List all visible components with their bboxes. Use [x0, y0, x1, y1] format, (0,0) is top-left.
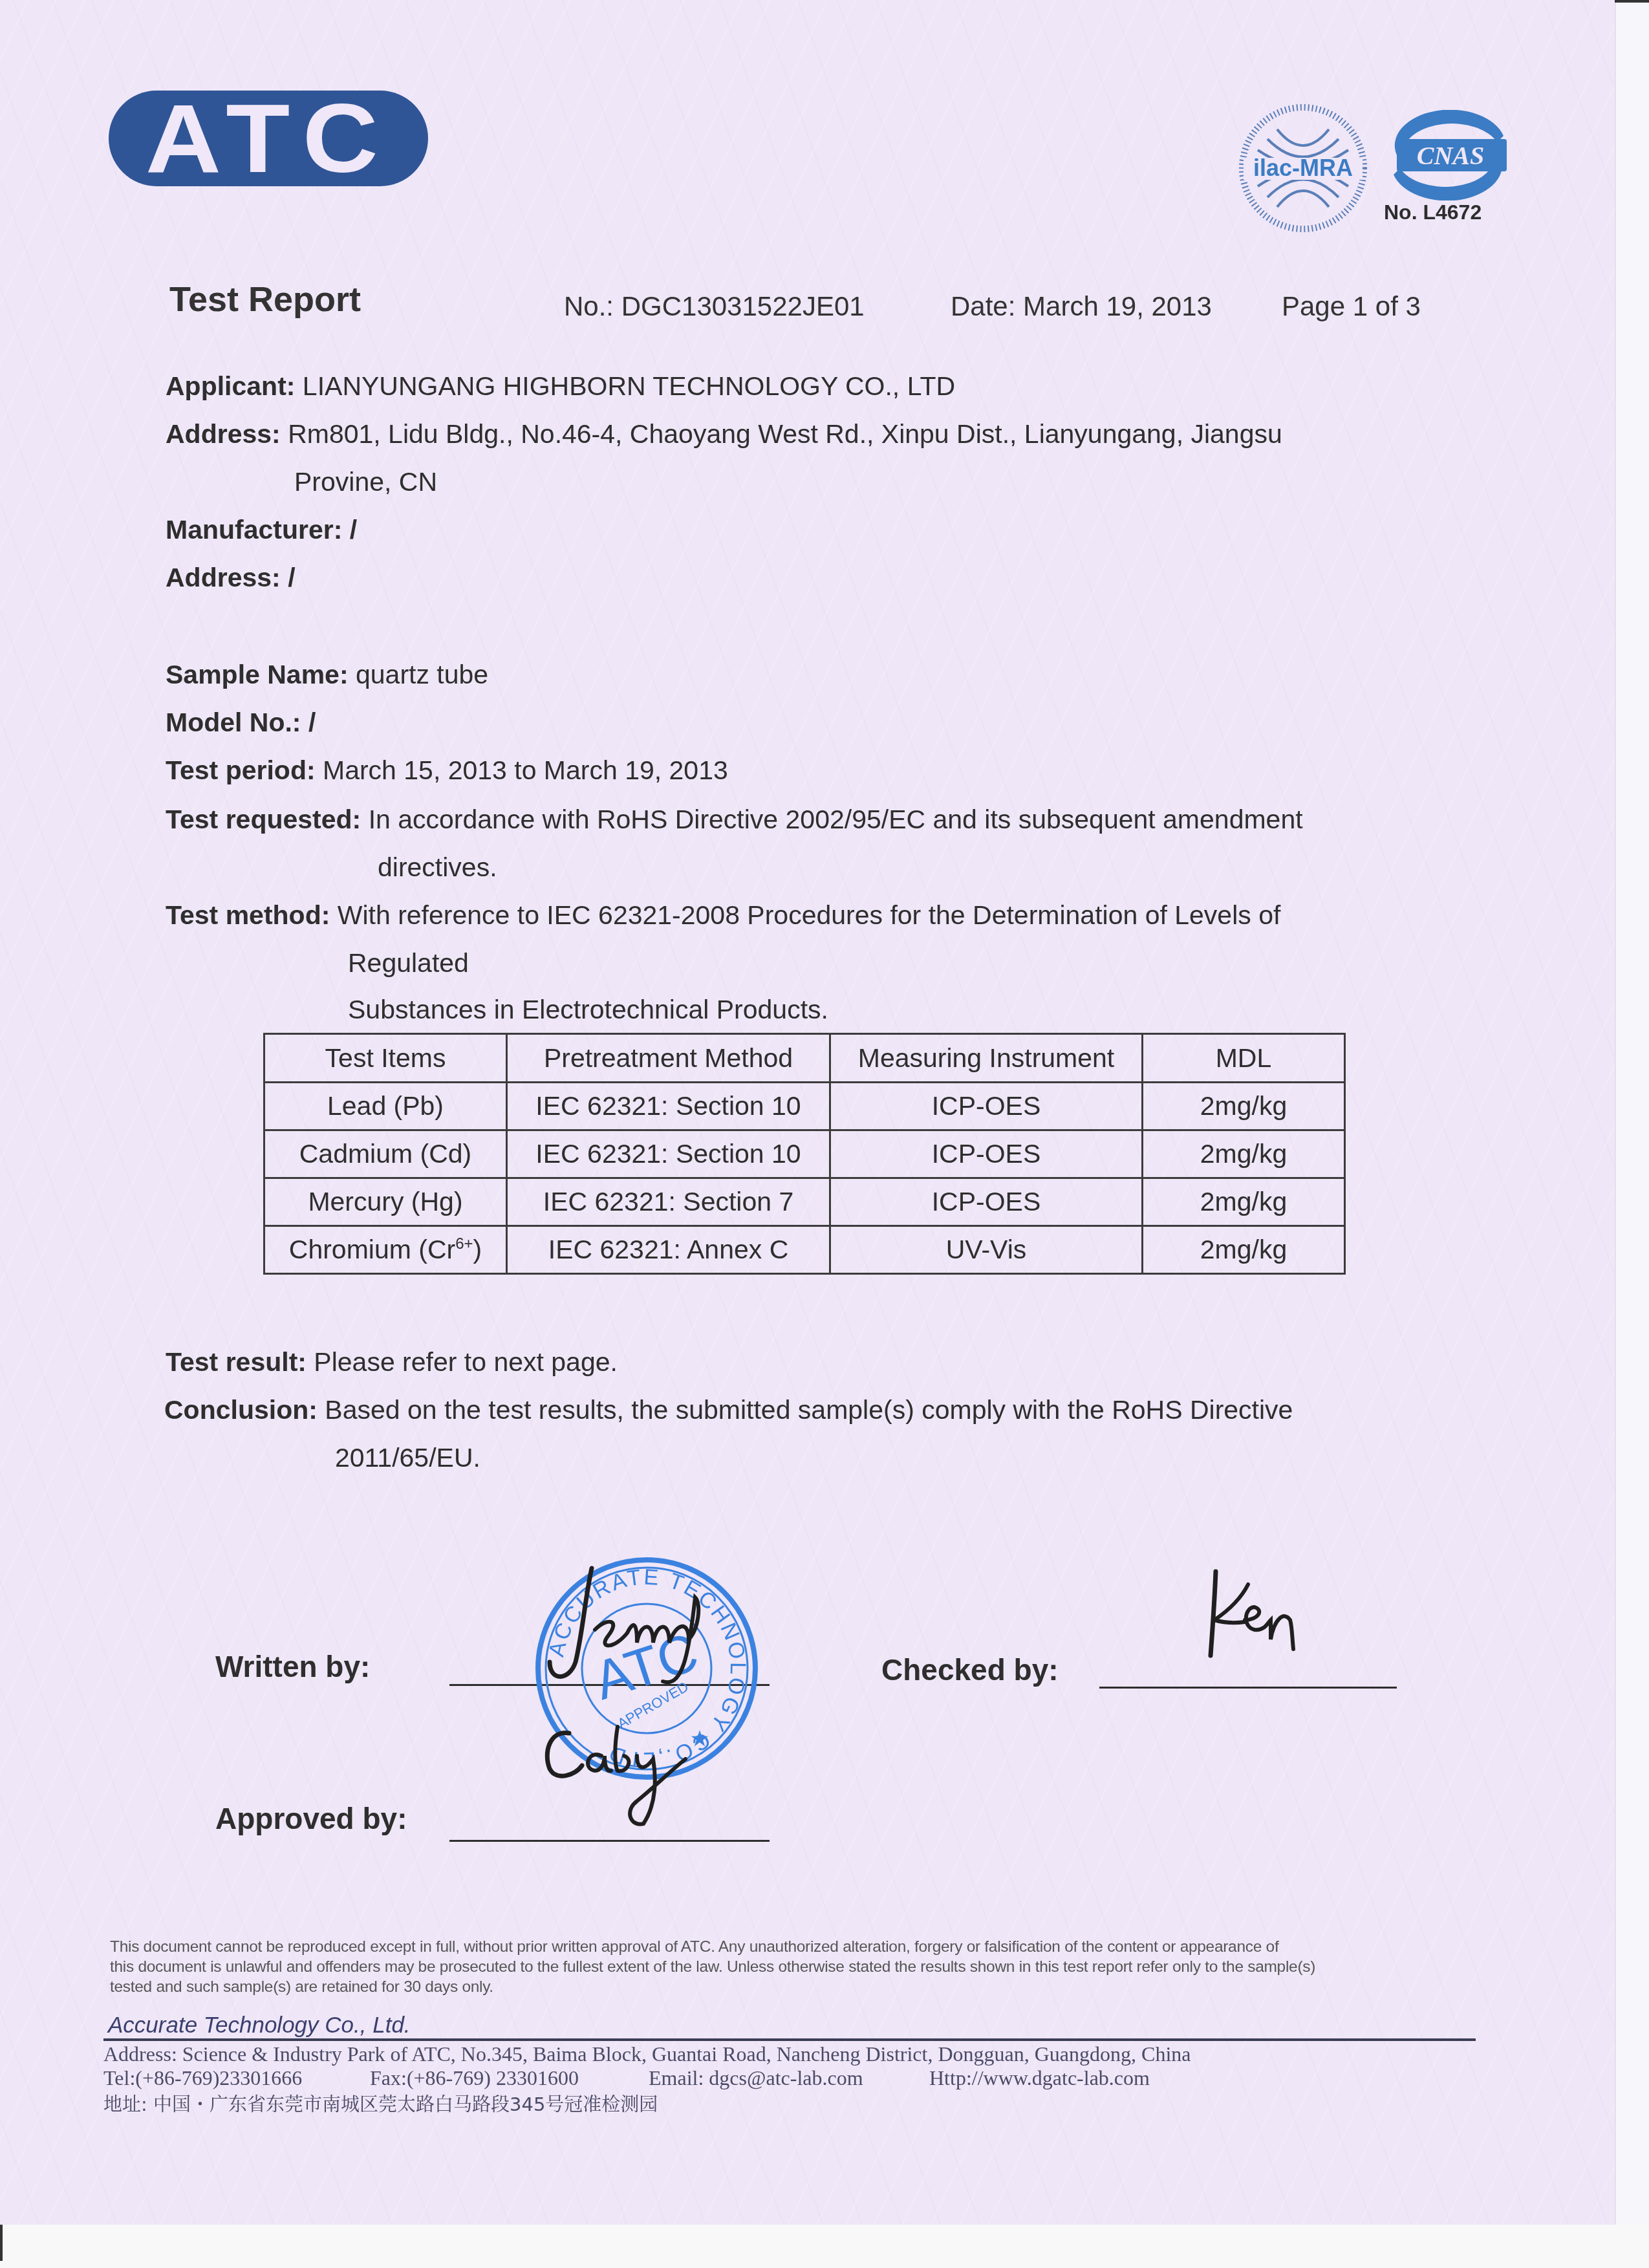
ilac-mra-logo-icon: ilac-MRA: [1238, 103, 1368, 233]
cnas-number: No. L4672: [1384, 200, 1482, 224]
col-header-instrument: Measuring Instrument: [830, 1034, 1143, 1083]
applicant-row: Applicant: LIANYUNGANG HIGHBORN TECHNOLO…: [166, 371, 955, 402]
test-method-label: Test method:: [166, 900, 330, 930]
address-value-cont: Provine, CN: [294, 467, 437, 497]
model-no-label: Model No.:: [166, 707, 301, 737]
checked-by-line: [1099, 1687, 1397, 1689]
scan-edge-mark: [1615, 0, 1649, 3]
cell-method: IEC 62321: Section 10: [507, 1130, 830, 1178]
applicant-label: Applicant:: [166, 371, 295, 401]
company-name: Accurate Technology Co., Ltd.: [108, 2013, 411, 2038]
conclusion-value: Based on the test results, the submitted…: [325, 1395, 1293, 1425]
cell-instrument: ICP-OES: [830, 1130, 1143, 1178]
cell-method: IEC 62321: Section 7: [507, 1178, 830, 1226]
report-number: No.: DGC13031522JE01: [564, 291, 865, 322]
test-requested-value: In accordance with RoHS Directive 2002/9…: [369, 805, 1303, 834]
manufacturer-value: /: [350, 515, 357, 545]
sample-name-value: quartz tube: [356, 660, 488, 689]
conclusion-value-cont: 2011/65/EU.: [335, 1443, 480, 1473]
legal-disclaimer: This document cannot be reproduced excep…: [110, 1937, 1494, 1997]
cell-mdl: 2mg/kg: [1143, 1178, 1345, 1226]
address-row: Address: Rm801, Lidu Bldg., No.46-4, Cha…: [166, 419, 1282, 449]
test-period-row: Test period: March 15, 2013 to March 19,…: [166, 755, 728, 786]
conclusion-label: Conclusion:: [164, 1395, 318, 1425]
col-header-test-items: Test Items: [264, 1034, 507, 1083]
cell-method: IEC 62321: Annex C: [507, 1226, 830, 1274]
tel: Tel:(+86-769)23301666: [103, 2066, 302, 2090]
test-requested-value-cont: directives.: [378, 852, 497, 883]
svg-text:CNAS: CNAS: [1417, 141, 1485, 170]
col-header-mdl: MDL: [1143, 1034, 1345, 1083]
atc-logo-text: ATC: [145, 90, 391, 187]
cell-mdl: 2mg/kg: [1143, 1083, 1345, 1130]
table-row: Cadmium (Cd) IEC 62321: Section 10 ICP-O…: [264, 1130, 1345, 1178]
sample-name-row: Sample Name: quartz tube: [166, 660, 488, 690]
cell-mdl: 2mg/kg: [1143, 1226, 1345, 1274]
written-by-label: Written by:: [215, 1649, 370, 1684]
applicant-value: LIANYUNGANG HIGHBORN TECHNOLOGY CO., LTD: [303, 371, 955, 401]
cell-method: IEC 62321: Section 10: [507, 1083, 830, 1130]
address-value: Rm801, Lidu Bldg., No.46-4, Chaoyang Wes…: [288, 419, 1282, 449]
conclusion-row: Conclusion: Based on the test results, t…: [164, 1395, 1293, 1425]
fax: Fax:(+86-769) 23301600: [370, 2066, 579, 2090]
cell-mdl: 2mg/kg: [1143, 1130, 1345, 1178]
sample-name-label: Sample Name:: [166, 660, 349, 689]
page-indicator: Page 1 of 3: [1282, 291, 1421, 322]
test-items-table: Test Items Pretreatment Method Measuring…: [263, 1033, 1346, 1275]
model-no-row: Model No.: /: [166, 707, 316, 738]
cell-instrument: UV-Vis: [830, 1226, 1143, 1274]
atc-logo: ATC: [109, 91, 428, 186]
signature-ken-icon: [1190, 1559, 1319, 1675]
approved-by-label: Approved by:: [215, 1801, 407, 1836]
table-header-row: Test Items Pretreatment Method Measuring…: [264, 1034, 1345, 1083]
manufacturer-label: Manufacturer:: [166, 515, 342, 545]
test-requested-label: Test requested:: [166, 805, 361, 834]
test-method-value-cont: Regulated: [348, 948, 469, 978]
scan-edge-mark: [0, 2225, 3, 2261]
model-no-value: /: [308, 707, 316, 737]
test-method-value: With reference to IEC 62321-2008 Procedu…: [338, 900, 1281, 930]
test-method-row: Test method: With reference to IEC 62321…: [166, 900, 1280, 931]
svg-text:ilac-MRA: ilac-MRA: [1253, 155, 1353, 181]
page-title: Test Report: [169, 279, 361, 319]
email-link[interactable]: Email: dgcs@atc-lab.com: [649, 2066, 863, 2090]
company-address: Address: Science & Industry Park of ATC,…: [103, 2042, 1191, 2066]
table-row: Chromium (Cr6+) IEC 62321: Annex C UV-Vi…: [264, 1226, 1345, 1274]
test-method-value-cont2: Substances in Electrotechnical Products.: [348, 995, 828, 1025]
manufacturer-row: Manufacturer: /: [166, 515, 357, 545]
address-label: Address:: [166, 419, 281, 449]
cell-test-item: Mercury (Hg): [264, 1178, 507, 1226]
report-date: Date: March 19, 2013: [951, 291, 1212, 322]
scan-margin-right: [1615, 0, 1649, 2225]
cell-instrument: ICP-OES: [830, 1083, 1143, 1130]
scan-margin-bottom: [0, 2225, 1649, 2268]
table-row: Lead (Pb) IEC 62321: Section 10 ICP-OES …: [264, 1083, 1345, 1130]
website-link[interactable]: Http://www.dgatc-lab.com: [929, 2066, 1150, 2090]
manufacturer-address-row: Address: /: [166, 563, 296, 593]
test-period-value: March 15, 2013 to March 19, 2013: [323, 755, 728, 785]
table-row: Mercury (Hg) IEC 62321: Section 7 ICP-OE…: [264, 1178, 1345, 1226]
cnas-logo-icon: CNAS: [1384, 110, 1513, 200]
approved-by-line: [449, 1840, 770, 1842]
signature-jenny-icon: [530, 1559, 750, 1701]
test-requested-row: Test requested: In accordance with RoHS …: [166, 805, 1303, 835]
cell-test-item: Chromium (Cr6+): [264, 1226, 507, 1274]
test-result-value: Please refer to next page.: [314, 1347, 618, 1377]
manufacturer-address-value: /: [288, 563, 295, 592]
checked-by-label: Checked by:: [881, 1652, 1059, 1687]
test-period-label: Test period:: [166, 755, 316, 785]
company-address-chinese: 地址: 中国・广东省东莞市南城区莞太路白马路段345号冠准检测园: [103, 2090, 658, 2117]
col-header-pretreatment: Pretreatment Method: [507, 1034, 830, 1083]
cell-instrument: ICP-OES: [830, 1178, 1143, 1226]
manufacturer-address-label: Address:: [166, 563, 281, 592]
cell-test-item: Cadmium (Cd): [264, 1130, 507, 1178]
cell-test-item: Lead (Pb): [264, 1083, 507, 1130]
signature-caby-icon: [530, 1720, 698, 1830]
test-result-label: Test result:: [166, 1347, 307, 1377]
test-result-row: Test result: Please refer to next page.: [166, 1347, 618, 1377]
footer-divider: [103, 2038, 1476, 2041]
